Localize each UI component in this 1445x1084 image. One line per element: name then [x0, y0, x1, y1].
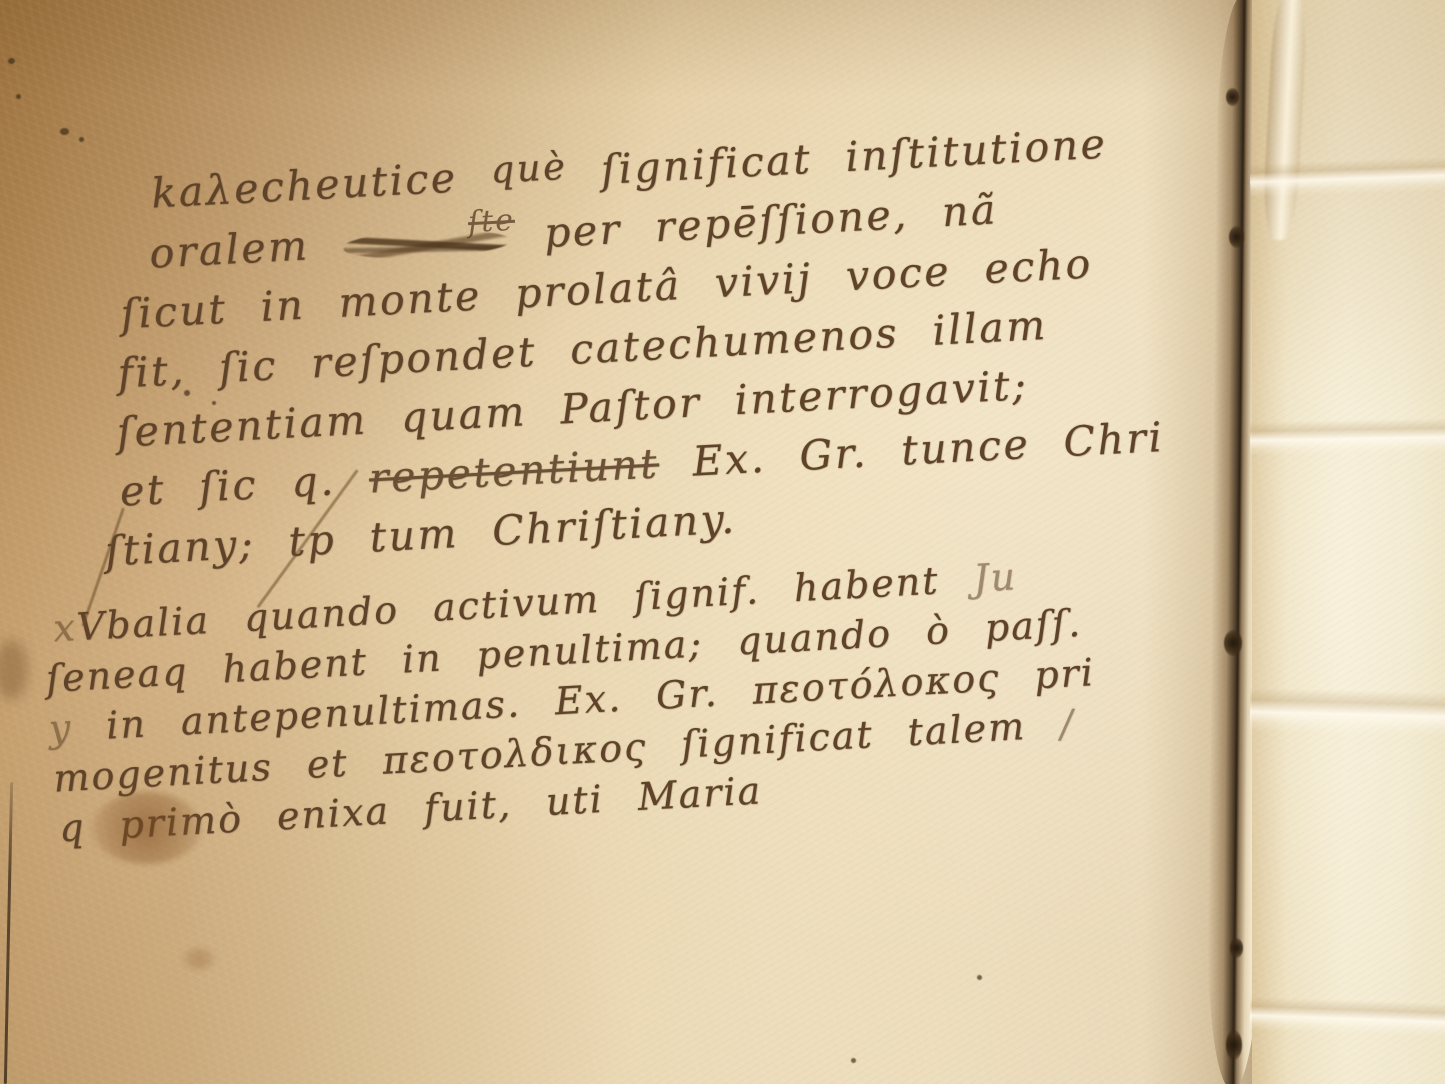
ink-speck [977, 975, 982, 980]
struck-out-text: repetentiunt [368, 439, 661, 502]
ink-speck [16, 94, 21, 99]
manuscript-paragraph-1: kaλecheutice què ſignificat inſtitutione… [85, 107, 1265, 581]
stitch-knot [1230, 938, 1243, 958]
ink-stain [92, 792, 202, 864]
handwritten-text: què [489, 145, 568, 192]
stitch-knot [1229, 226, 1244, 248]
ink-speck [212, 401, 216, 405]
handwritten-text: x [52, 605, 78, 650]
handwritten-text: / [1025, 701, 1076, 748]
ink-speck [60, 128, 69, 135]
stitch-knot [1226, 88, 1239, 106]
ink-speck [8, 58, 15, 64]
stitch-knot [1226, 1030, 1242, 1060]
ink-speck [79, 137, 84, 142]
ink-speck [184, 390, 190, 396]
interlinear-struck-word: ſte [467, 203, 516, 240]
ink-speck [851, 1058, 856, 1063]
handwritten-text: y [48, 704, 108, 751]
handwritten-text: kaλecheutice [150, 152, 492, 218]
stitch-knot [1224, 630, 1242, 656]
handwritten-text: Ju [972, 554, 1018, 600]
ink-stain [182, 948, 216, 970]
manuscript-photo: kaλecheutice què ſignificat inſtitutione… [0, 0, 1445, 1084]
handwritten-text: oralem [148, 220, 344, 278]
